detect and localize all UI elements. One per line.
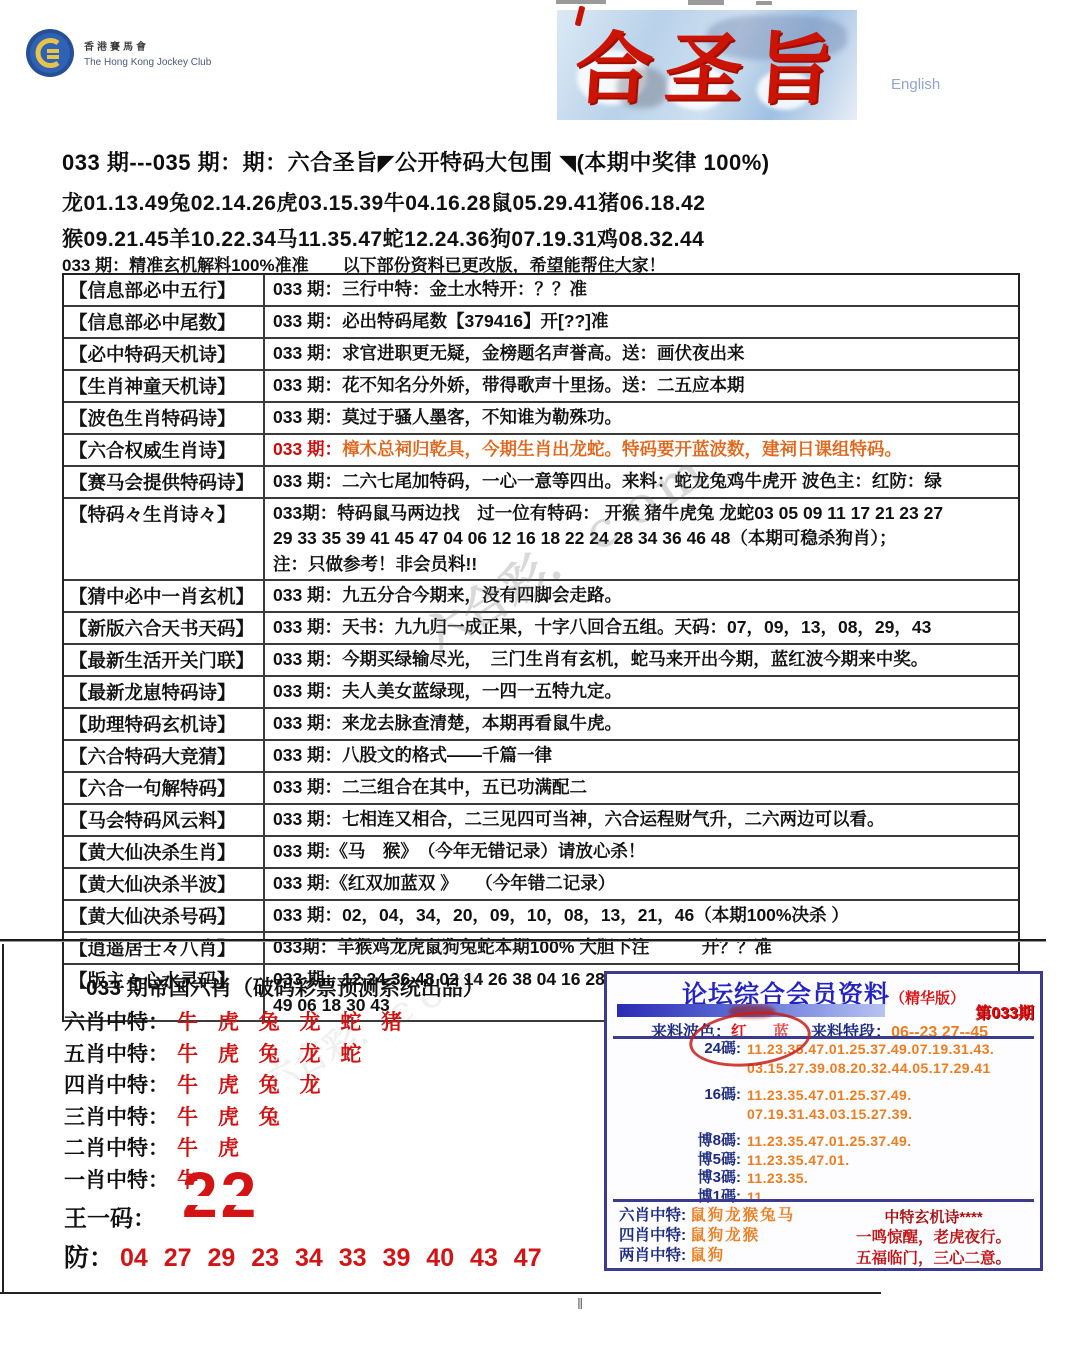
shengxiao-row: 四肖中特:鼠狗龙猴 [619,1226,795,1246]
table-row: 【黄大仙决杀生肖】033 期:《马 猴》 （今年无错记录）请放心杀！ [64,837,1018,869]
row-label: 【黄大仙决杀号码】 [64,901,265,931]
guard-numbers-row: 防：04 27 29 23 34 33 39 40 43 47 [64,1238,542,1274]
row-label: 【特码々生肖诗々】 [64,499,265,579]
table-row: 【逍遥居士々八肖】033期：羊猴鸡龙虎鼠狗兔蛇本期100% 大胆下注 开？？准 [64,933,1018,965]
table-row: 【生肖神童天机诗】033 期：花不知名分外娇，带得歌声十里扬。送：二五应本期 [64,371,1018,403]
table-row: 【特码々生肖诗々】033期：特码鼠马两边找 过一位有特码： 开猴 猪牛虎兔 龙蛇… [64,499,1018,581]
row-label: 【助理特码玄机诗】 [64,709,265,739]
row-content: 033 期:《红双加蓝双 》 （今年错二记录） [265,869,1018,899]
empire-row: 四肖中特：牛 虎 兔 龙 [64,1069,409,1101]
row-label: 【黄大仙决杀半波】 [64,869,265,899]
shengxiao-row: 两肖中特:鼠狗 [619,1246,795,1266]
hkjc-logo-icon [25,28,75,78]
table-row-highlighted: 【六合权威生肖诗】033 期：樟木总祠归乾具，今期生肖出龙蛇。特码要开蓝波数，建… [64,435,1018,467]
hkjc-name-en: The Hong Kong Jockey Club [84,55,211,70]
shengxiao-row: 六肖中特:鼠狗龙猴兔马 [619,1206,795,1226]
row-content: 033 期：02，04，34，20，09，10，08，13，21，46（本期10… [265,901,1018,931]
row-content: 033 期：八股文的格式——千篇一律 [265,741,1018,771]
row-content: 033 期:《马 猴》 （今年无错记录）请放心杀！ [265,837,1018,867]
row-content: 033 期：二三组合在其中，五已功满配二 [265,773,1018,803]
row-label: 【猜中必中一肖玄机】 [64,581,265,611]
poem-line: 一鸣惊醒，老虎夜行。 [841,1227,1026,1248]
row-content: 033 期：二六七尾加特码，一心一意等四出。来料：蛇龙兔鸡牛虎开 波色主：红防：… [265,467,1018,497]
row-label: 【逍遥居士々八肖】 [64,933,265,963]
prediction-table: 【信息部必中五行】033 期：三行中特：金土水特开：？？准 【信息部必中尾数】0… [62,273,1020,1022]
table-row: 【六合特码大竞猜】033 期：八股文的格式——千篇一律 [64,741,1018,773]
table-row: 【新版六合天书天码】033 期：天书：九九归一成正果，十字八回合五组。天码：07… [64,613,1018,645]
page-title: 033 期---035 期：期：六合圣旨◤公开特码大包围 ◥(本期中奖律 100… [62,146,1042,177]
site-title-calligraphy: 合圣旨 [572,22,879,118]
hkjc-name-cn: 香港賽馬會 [84,40,211,55]
table-row: 【最新生活开关门联】033 期：今期买绿输尽光， 三门生肖有玄机，蛇马来开出今期… [64,645,1018,677]
empire-section-title: 033 期帝国六肖（破码彩票预测系统出品） [86,972,484,1002]
row-label: 【生肖神童天机诗】 [64,371,265,401]
row-label: 【信息部必中尾数】 [64,307,265,337]
guard-label: 防： [64,1244,114,1272]
row-content: 033 期：天书：九九归一成正果，十字八回合五组。天码：07，09，13，08，… [265,613,1018,643]
empire-row: 三肖中特：牛 虎 兔 [64,1101,409,1133]
row-content: 033 期：来龙去脉查清楚，本期再看鼠牛虎。 [265,709,1018,739]
row-content: 033期：特码鼠马两边找 过一位有特码： 开猴 猪牛虎兔 龙蛇03 05 09 … [265,499,1018,579]
row-label: 【马会特码风云料】 [64,805,265,835]
bottom-border-line [0,1292,881,1294]
scan-artifact [556,0,606,4]
table-row: 【黄大仙决杀号码】033 期：02，04，34，20，09，10，08，13，2… [64,901,1018,933]
table-row: 【信息部必中尾数】033 期：必出特码尾数【379416】开[??]准 [64,307,1018,339]
code-rows: 24碼:11.23.35.47.01.25.37.49.07.19.31.43.… [607,1040,1040,1206]
table-row: 【猜中必中一肖玄机】033 期：九五分合今期来，没有四脚会走路。 [64,581,1018,613]
king-number-value: 22 [182,1158,259,1232]
section-divider [0,939,1046,942]
table-row: 【信息部必中五行】033 期：三行中特：金土水特开：？？准 [64,275,1018,307]
row-label: 【六合一句解特码】 [64,773,265,803]
code-row: 博3碼:11.23.35. [607,1169,1040,1188]
king-number-label: 王一码： [64,1200,156,1233]
row-label: 【六合权威生肖诗】 [64,435,265,465]
zodiac-numbers-line2: 猴09.21.45羊10.22.34马11.35.47蛇12.24.36狗07.… [62,223,1042,253]
row-content: 033 期：必出特码尾数【379416】开[??]准 [265,307,1018,337]
table-row: 【赛马会提供特码诗】033 期：二六七尾加特码，一心一意等四出。来料：蛇龙兔鸡牛… [64,467,1018,499]
forum-divider [613,1036,1034,1039]
row-label: 【黄大仙决杀生肖】 [64,837,265,867]
code-row: 24碼:11.23.35.47.01.25.37.49.07.19.31.43.… [607,1040,1040,1077]
code-row: 博8碼:11.23.35.47.01.25.37.49. [607,1132,1040,1151]
poem-title: 中特玄机诗**** [841,1208,1026,1227]
poem-line: 五福临门，三心二意。 [841,1248,1026,1269]
row-label: 【信息部必中五行】 [64,275,265,305]
king-number-scan-gap [178,1196,290,1205]
row-label: 【最新生活开关门联】 [64,645,265,675]
scan-artifact [756,1,772,5]
english-link[interactable]: English [891,76,940,93]
table-row: 【黄大仙决杀半波】033 期:《红双加蓝双 》 （今年错二记录） [64,869,1018,901]
zodiac-numbers-line1: 龙01.13.49兔02.14.26虎03.15.39牛04.16.28鼠05.… [62,187,1042,217]
row-content: 033 期：夫人美女蓝绿现，一四一五特九定。 [265,677,1018,707]
code-row: 博5碼:11.23.35.47.01. [607,1151,1040,1170]
row-content: 033 期：花不知名分外娇，带得歌声十里扬。送：二五应本期 [265,371,1018,401]
code-row: 博1碼:11 [607,1188,1040,1207]
table-row: 【助理特码玄机诗】033 期：来龙去脉查清楚，本期再看鼠牛虎。 [64,709,1018,741]
row-content: 033 期：莫过于骚人墨客，不知谁为勒殊功。 [265,403,1018,433]
forum-divider [613,1199,1034,1202]
table-row: 【六合一句解特码】033 期：二三组合在其中，五已功满配二 [64,773,1018,805]
empire-row: 五肖中特：牛 虎 兔 龙 蛇 [64,1038,409,1070]
row-label: 【新版六合天书天码】 [64,613,265,643]
page-mark: ‖ [577,1296,583,1313]
row-content: 033 期：求官进职更无疑，金榜题名声誉高。送：画伏夜出来 [265,339,1018,369]
shengxiao-rows: 六肖中特:鼠狗龙猴兔马 四肖中特:鼠狗龙猴 两肖中特:鼠狗 [619,1206,795,1266]
table-row: 【必中特码天机诗】033 期：求官进职更无疑，金榜题名声誉高。送：画伏夜出来 [64,339,1018,371]
table-row: 【马会特码风云料】033 期：七相连又相合，二三见四可当神，六合运程财气升，二六… [64,805,1018,837]
forum-member-box: 论坛综合会员资料（精华版） 第033期 来料波色：红蓝来料特段：06--23 2… [604,971,1043,1271]
row-content: 033 期：今期买绿输尽光， 三门生肖有玄机，蛇马来开出今期，蓝红波今期来中奖。 [265,645,1018,675]
row-content: 033 期：三行中特：金土水特开：？？准 [265,275,1018,305]
left-border-line [2,944,4,1293]
row-content: 033期：羊猴鸡龙虎鼠狗兔蛇本期100% 大胆下注 开？？准 [265,933,1018,963]
mystery-poem: 中特玄机诗**** 一鸣惊醒，老虎夜行。 五福临门，三心二意。 [841,1208,1026,1269]
row-content: 033 期：樟木总祠归乾具，今期生肖出龙蛇。特码要开蓝波数，建祠日课组特码。 [265,435,1018,465]
forum-edition: （精华版） [890,990,965,1007]
row-content: 033 期：九五分合今期来，没有四脚会走路。 [265,581,1018,611]
code-row: 16碼:11.23.35.47.01.25.37.49. 07.19.31.43… [607,1086,1040,1123]
row-label: 【最新龙崽特码诗】 [64,677,265,707]
empire-row: 六肖中特：牛 虎 兔 龙 蛇 猪 [64,1006,409,1038]
scan-artifact [688,0,724,5]
row-label: 【波色生肖特码诗】 [64,403,265,433]
row-label: 【六合特码大竞猜】 [64,741,265,771]
guard-numbers: 04 27 29 23 34 33 39 40 43 47 [120,1244,542,1272]
row-content: 033 期：七相连又相合，二三见四可当神，六合运程财气升，二六两边可以看。 [265,805,1018,835]
row-label: 【赛马会提供特码诗】 [64,467,265,497]
hkjc-logo-text: 香港賽馬會 The Hong Kong Jockey Club [84,40,211,70]
row-label: 【必中特码天机诗】 [64,339,265,369]
table-row: 【波色生肖特码诗】033 期：莫过于骚人墨客，不知谁为勒殊功。 [64,403,1018,435]
table-row: 【最新龙崽特码诗】033 期：夫人美女蓝绿现，一四一五特九定。 [64,677,1018,709]
